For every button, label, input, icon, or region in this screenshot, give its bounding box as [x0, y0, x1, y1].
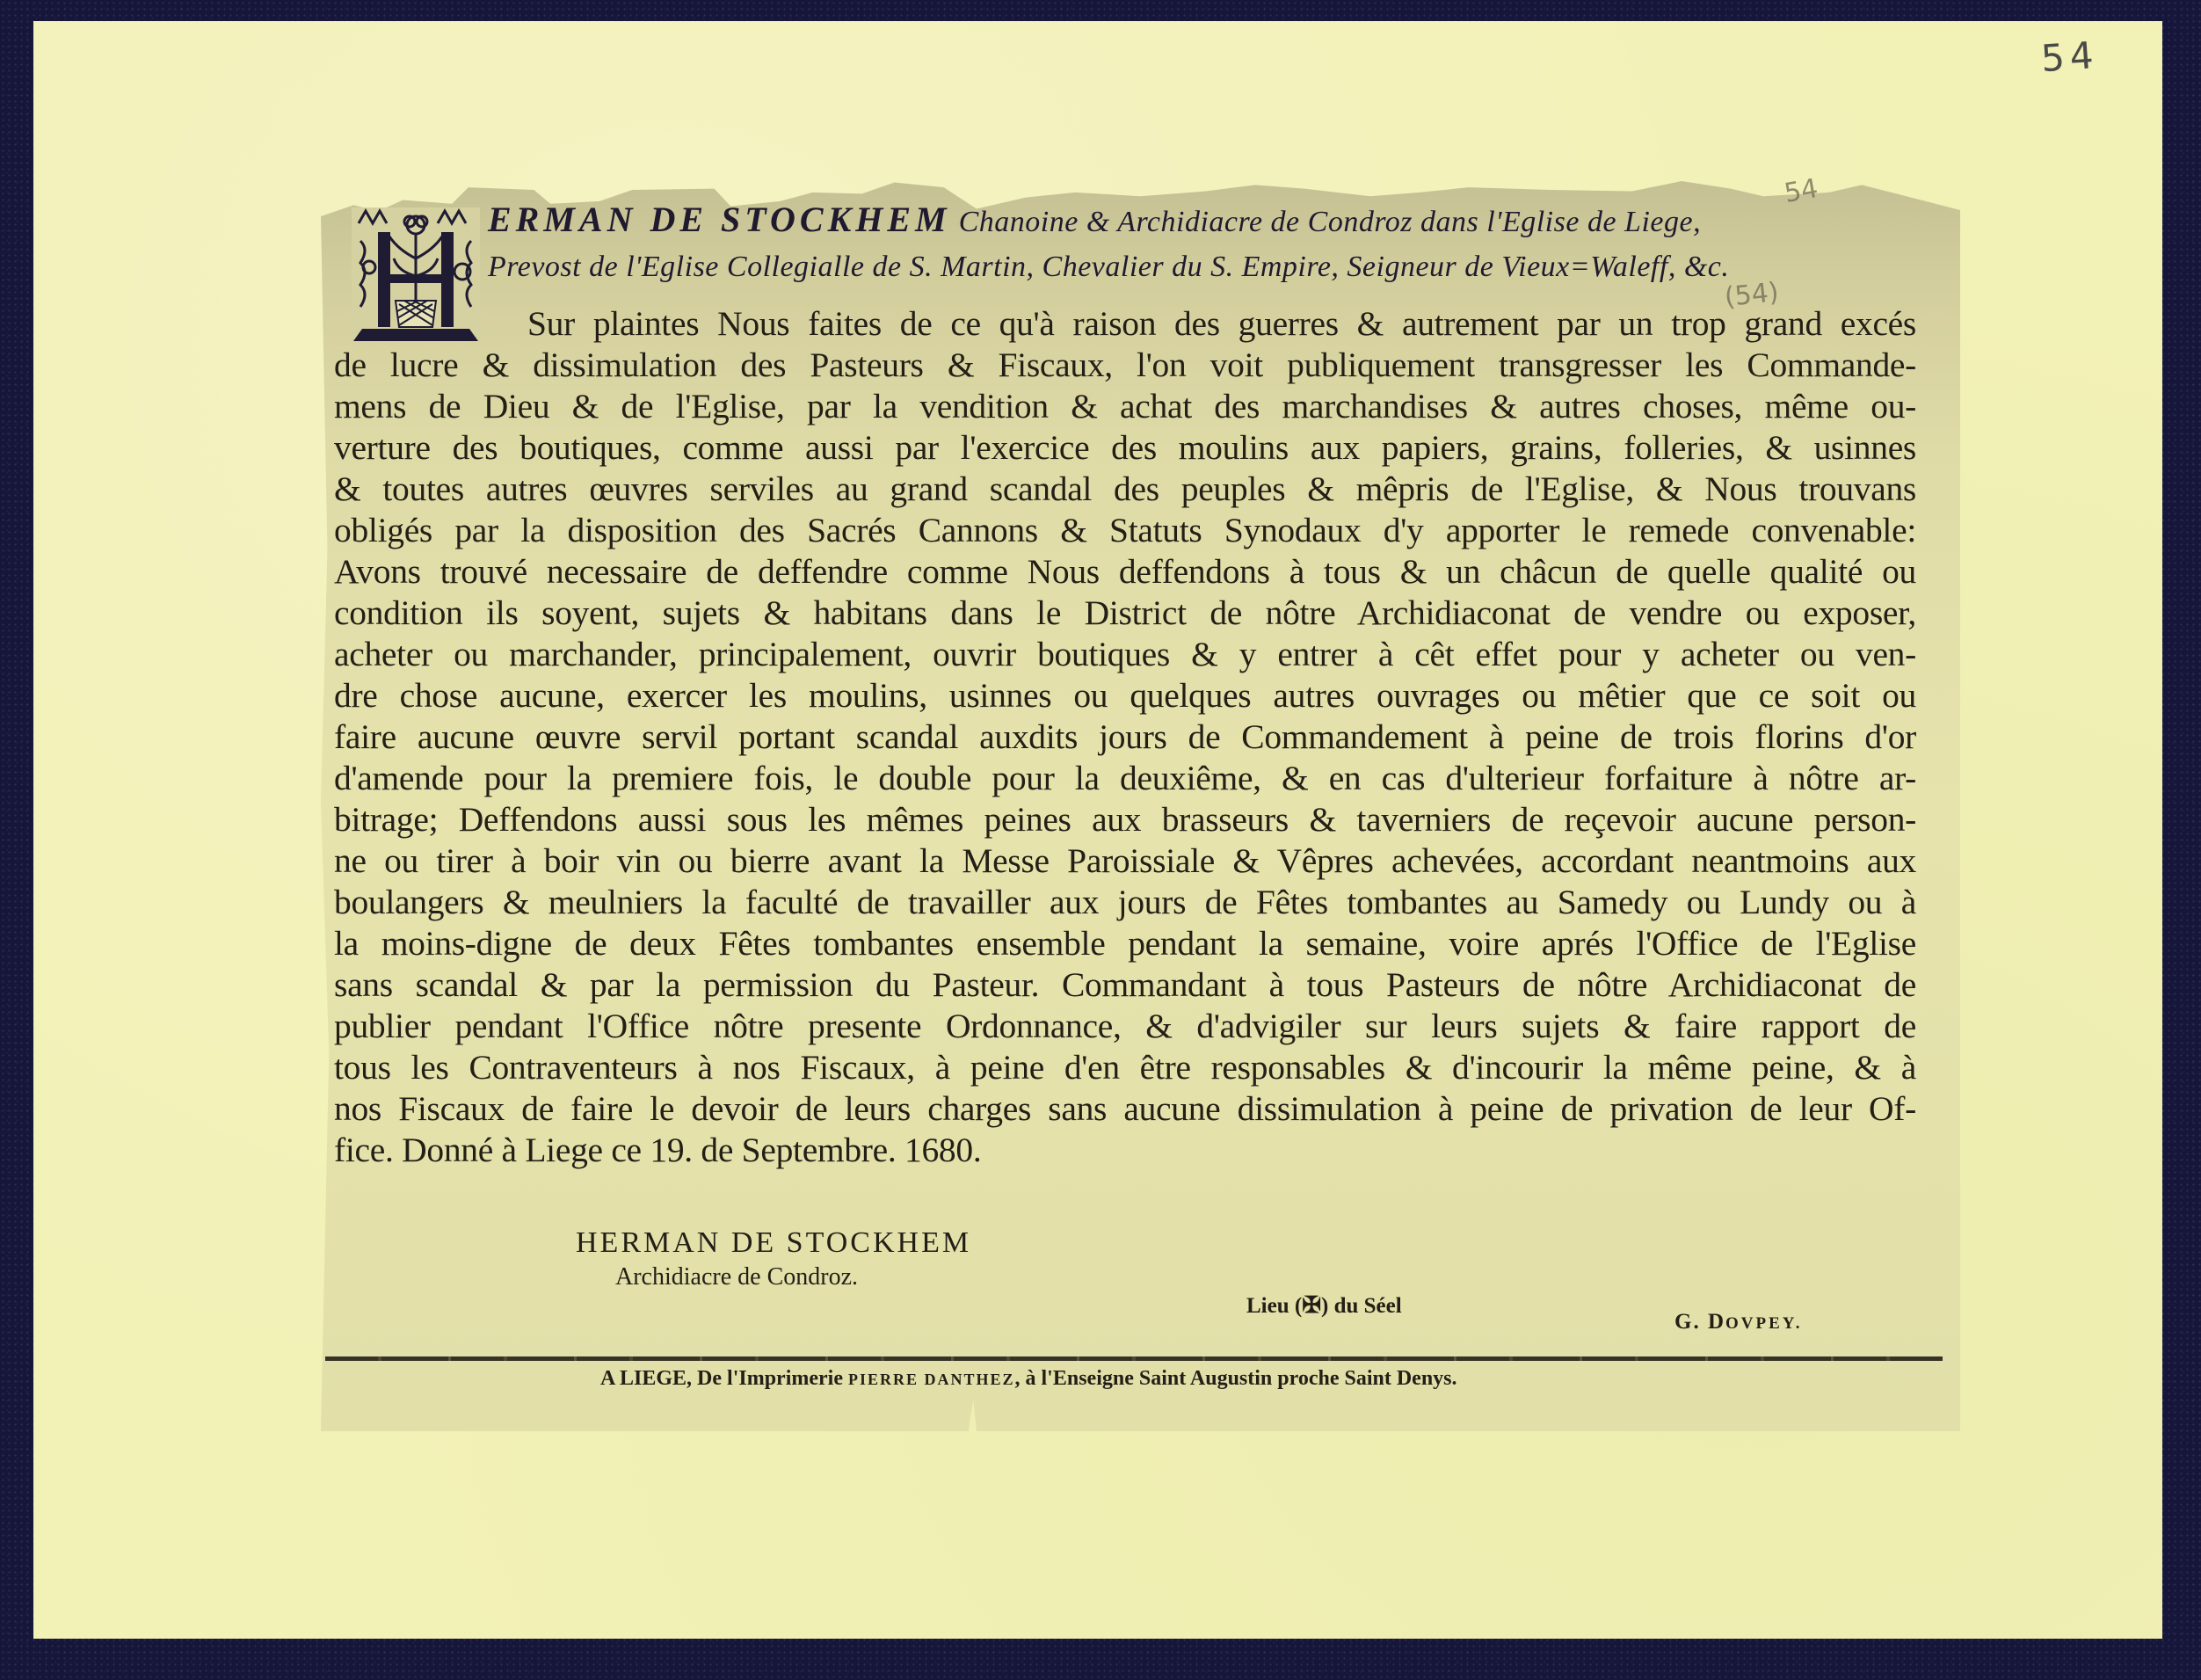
body-line: Sur plaintes Nous faites de ce qu'à rais…	[527, 303, 1916, 345]
body-line: d'amende pour la premiere fois, le doubl…	[334, 758, 1916, 799]
clerk-signature: G. DOVPEY.	[1674, 1310, 1803, 1335]
body-line: de lucre & dissimulation des Pasteurs & …	[334, 345, 1916, 386]
signature-title: Archidiacre de Condroz.	[615, 1263, 858, 1291]
body-line: tous les Contraventeurs à nos Fiscaux, à…	[334, 1047, 1916, 1088]
printer-imprint: A LIEGE, De l'Imprimerie PIERRE DANTHEZ,…	[600, 1367, 1457, 1391]
body-line: Avons trouvé necessaire de deffendre com…	[334, 551, 1916, 593]
body-line: condition ils soyent, sujets & habitans …	[334, 593, 1916, 634]
body-line: nos Fiscaux de faire le devoir de leurs …	[334, 1088, 1916, 1130]
header-line-2: Prevost de l'Eglise Collegialle de S. Ma…	[488, 251, 1729, 284]
body-line: publier pendant l'Office nôtre presente …	[334, 1006, 1916, 1047]
body-line: mens de Dieu & de l'Eglise, par la vendi…	[334, 386, 1916, 427]
ornamental-drop-cap-icon	[350, 206, 482, 343]
body-line: boulangers & meulniers la faculté de tra…	[334, 882, 1916, 923]
body-line: & toutes autres œuvres serviles au grand…	[334, 469, 1916, 510]
maltese-cross-icon: ✠	[1302, 1292, 1321, 1318]
signature-name: HERMAN DE STOCKHEM	[576, 1226, 971, 1260]
body-line: verture des boutiques, comme aussi par l…	[334, 427, 1916, 469]
header-titles: Chanoine & Archidiacre de Condroz dans l…	[959, 206, 1701, 238]
body-line: ne ou tirer à boir vin ou bierre avant l…	[334, 840, 1916, 882]
body-line: obligés par la disposition des Sacrés Ca…	[334, 510, 1916, 551]
body-line-dateline: fice. Donné à Liege ce 19. de Septembre.…	[334, 1130, 1916, 1171]
handwritten-note-top: 54	[1782, 173, 1820, 209]
body-line: bitrage; Deffendons aussi sous les mêmes…	[334, 799, 1916, 840]
horizontal-rule	[325, 1356, 1943, 1361]
header-line-1: ERMAN DE STOCKHEM Chanoine & Archidiacre…	[488, 199, 1701, 240]
body-line: dre chose aucune, exercer les moulins, u…	[334, 675, 1916, 716]
body-line: acheter ou marchander, principalement, o…	[334, 634, 1916, 675]
body-line: sans scandal & par la permission du Past…	[334, 964, 1916, 1006]
header-name-caps: ERMAN DE STOCKHEM	[488, 200, 951, 239]
document-text: 54 (54) ERMAN DE STOCKHEM Chanoine & Arc…	[0, 0, 2201, 1680]
seal-location: Lieu (✠) du Séel	[1246, 1292, 1402, 1319]
body-line: la moins-digne de deux Fêtes tombantes e…	[334, 923, 1916, 964]
body-line: faire aucune œuvre servil portant scanda…	[334, 716, 1916, 758]
